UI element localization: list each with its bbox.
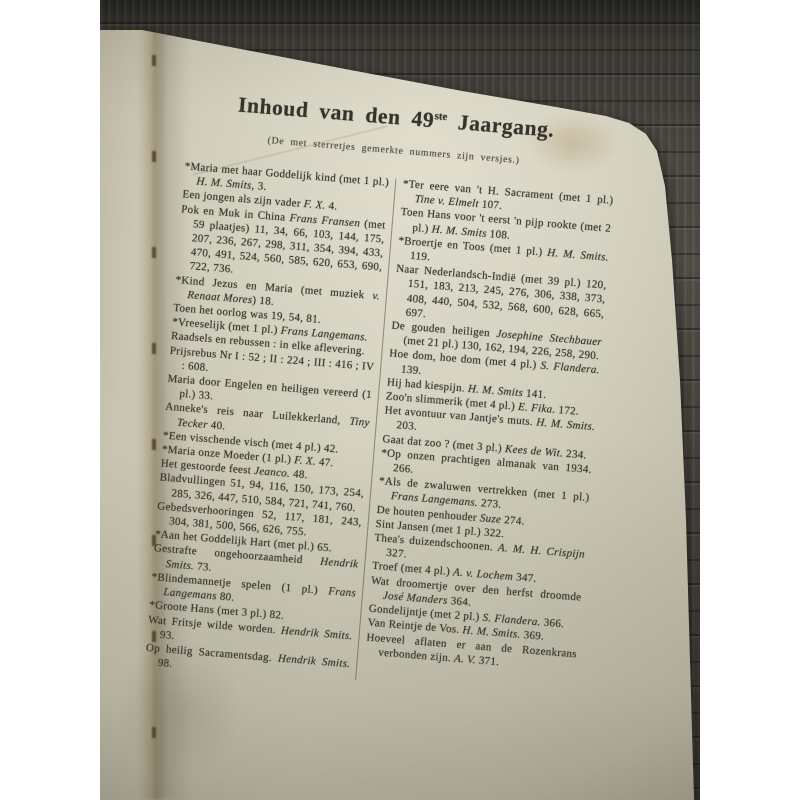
book-photo: 767 Inhoud van den 49ste Jaargang. (De m…: [100, 0, 700, 800]
title-ordinal-suffix: ste: [434, 110, 448, 123]
book-page: 767 Inhoud van den 49ste Jaargang. (De m…: [100, 0, 700, 800]
page-wrap: 767 Inhoud van den 49ste Jaargang. (De m…: [100, 0, 700, 800]
toc-column-right: *Ter eere van 't H. Sacrament (met 1 pl.…: [363, 177, 614, 704]
toc-column-left: *Maria met haar Goddelijk kind (met 1 pl…: [144, 159, 389, 685]
toc-columns: *Maria met haar Goddelijk kind (met 1 pl…: [122, 158, 620, 704]
printed-content: 767 Inhoud van den 49ste Jaargang. (De m…: [122, 50, 628, 704]
